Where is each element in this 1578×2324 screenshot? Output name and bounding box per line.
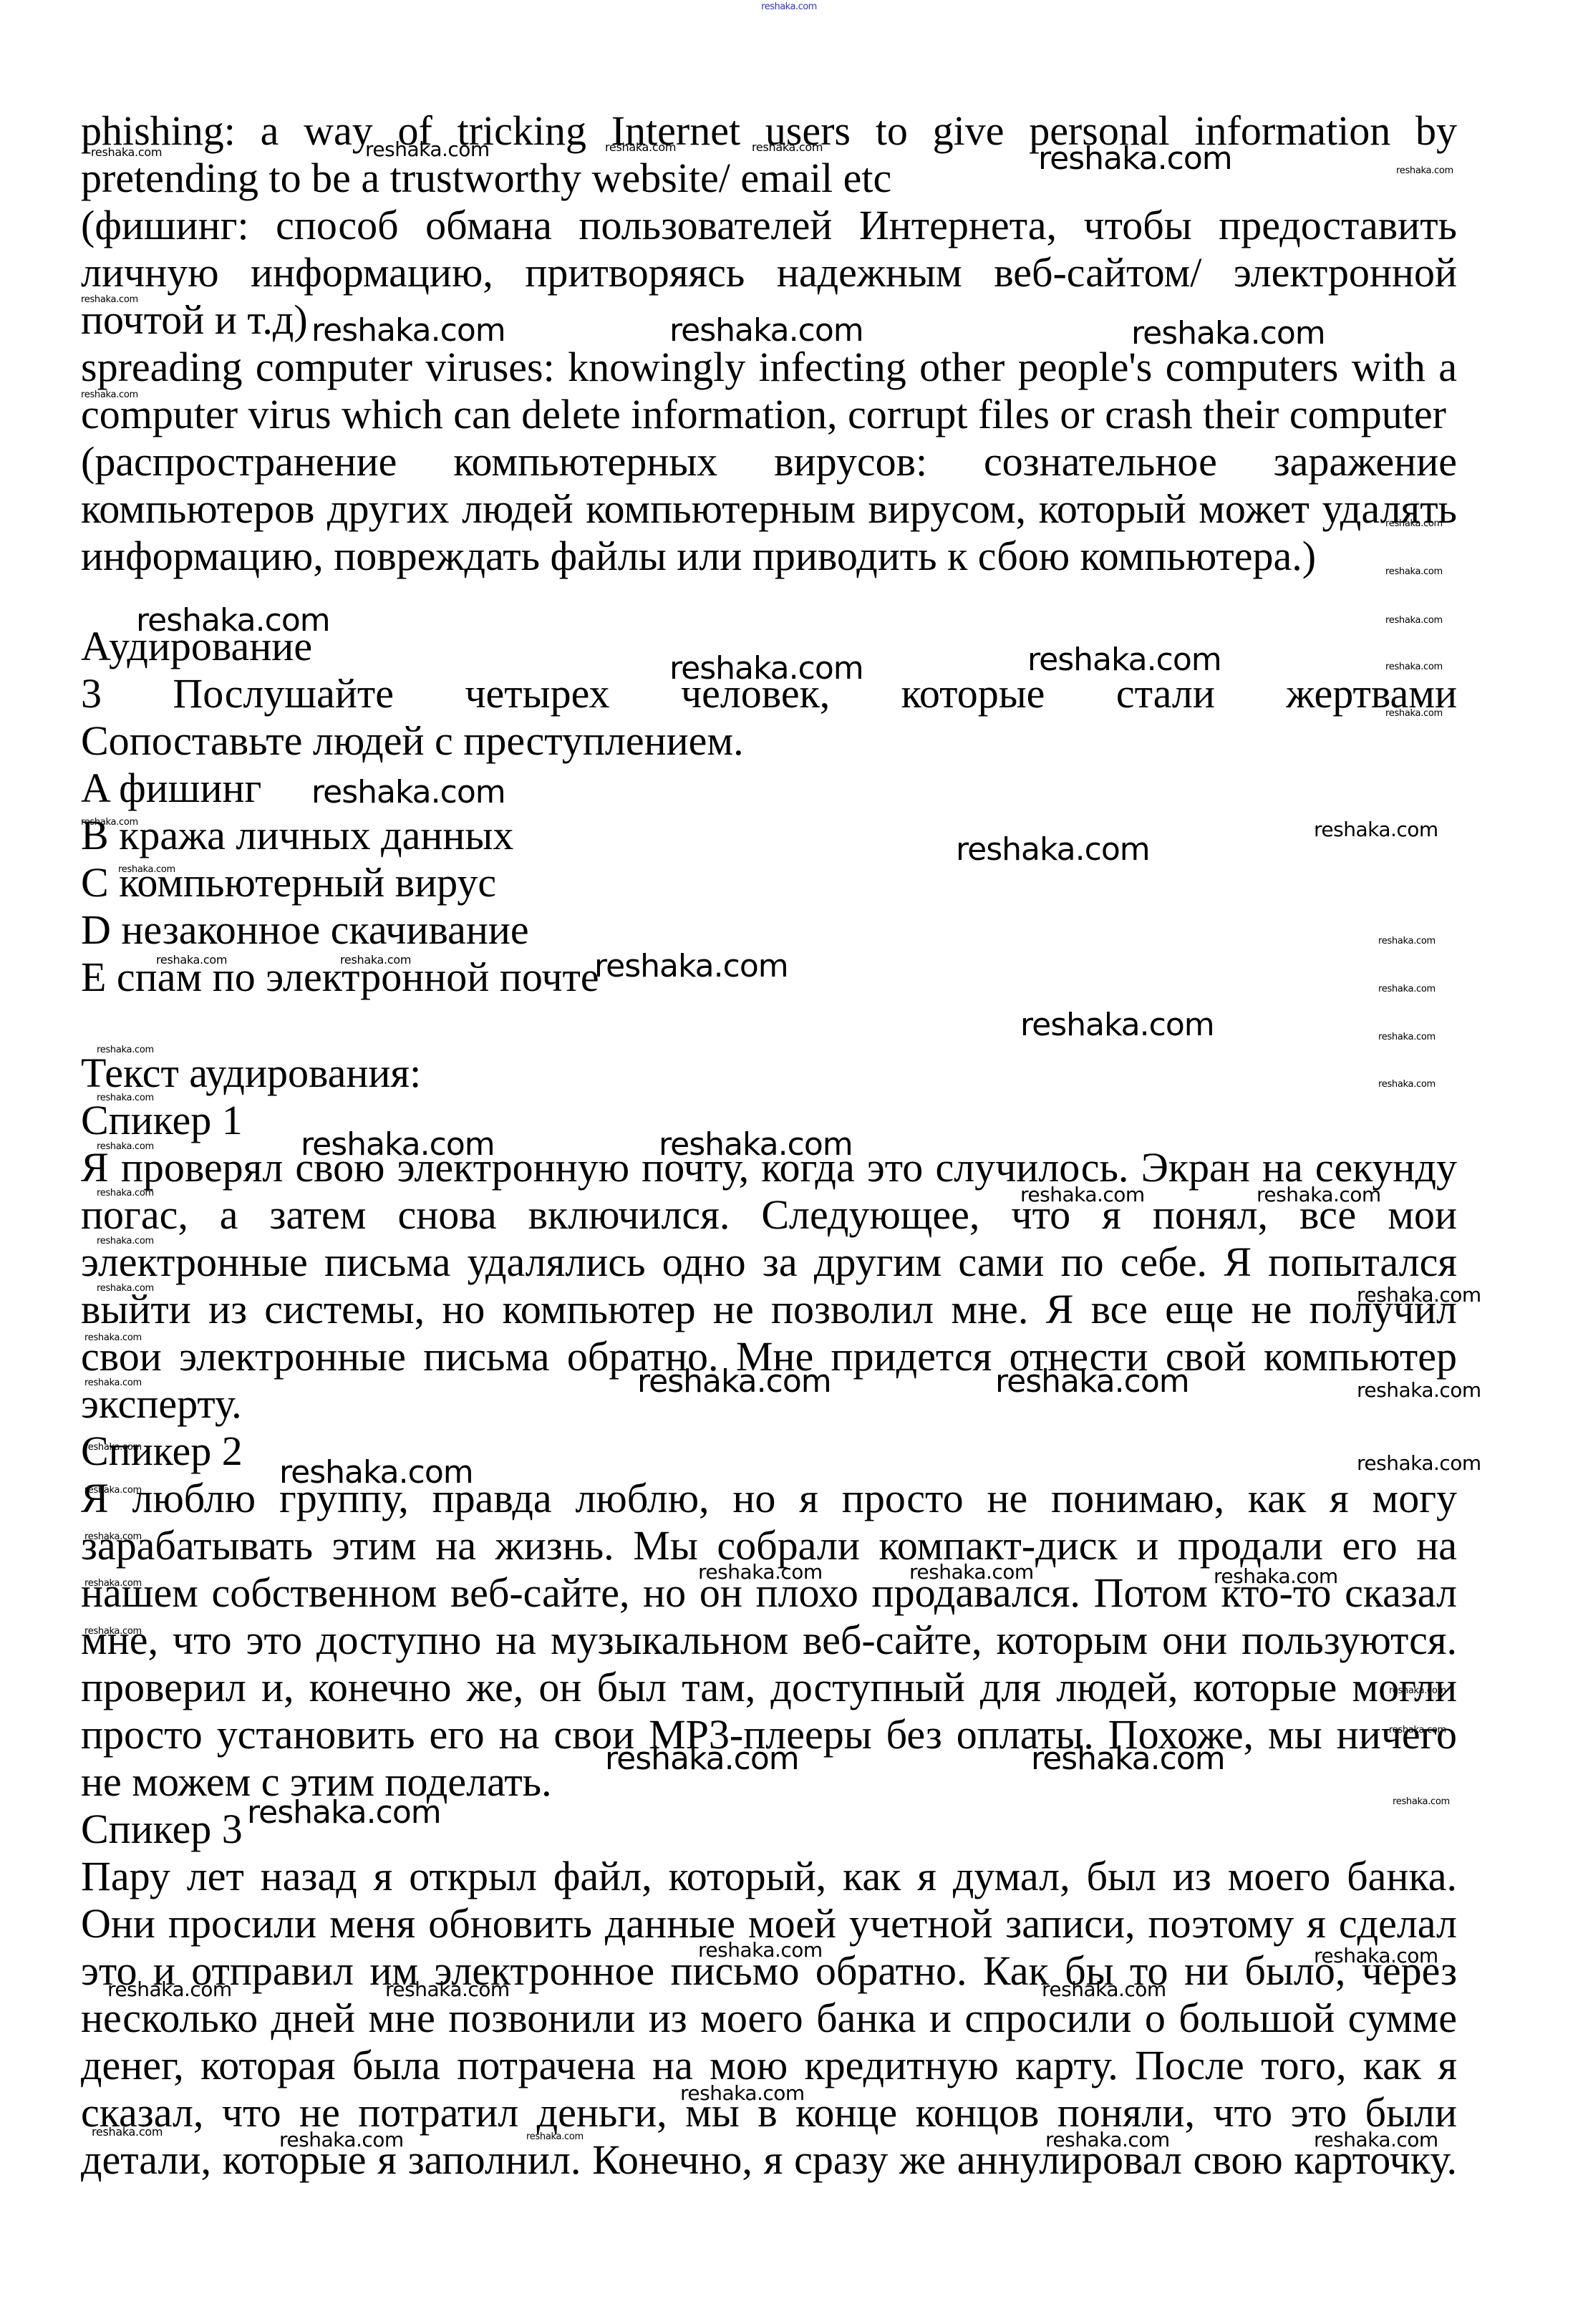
watermark: reshaka.com	[81, 295, 138, 304]
speaker-3-line: Пару лет назад я открыл файл, который, к…	[81, 1853, 1457, 1900]
watermark: reshaka.com	[1357, 1453, 1481, 1473]
watermark: reshaka.com	[1314, 2130, 1438, 2150]
watermark: reshaka.com	[1385, 616, 1443, 625]
watermark: reshaka.com	[956, 834, 1150, 866]
speaker-2-line: проверил и, конечно же, он был там, дост…	[81, 1664, 1457, 1711]
watermark: reshaka.com	[84, 1627, 142, 1636]
watermark: reshaka.com	[97, 1188, 154, 1198]
watermark: reshaka.com	[1314, 820, 1438, 840]
watermark: reshaka.com	[136, 605, 330, 636]
watermark: reshaka.com	[1045, 2130, 1170, 2150]
speaker-3-line: несколько дней мне позвонили из моего ба…	[81, 1995, 1457, 2042]
watermark: reshaka.com	[1357, 1380, 1481, 1400]
watermark: reshaka.com	[1020, 1185, 1145, 1205]
site-link[interactable]: reshaka.com	[0, 1, 1578, 12]
watermark: reshaka.com	[698, 1562, 823, 1582]
watermark: reshaka.com	[84, 1333, 142, 1342]
watermark: reshaka.com	[1389, 1725, 1446, 1735]
watermark: reshaka.com	[605, 1743, 799, 1775]
watermark: reshaka.com	[301, 1129, 495, 1161]
definition-phishing-ru-line-2: личную информацию, притворяясь надежным …	[81, 249, 1457, 296]
watermark: reshaka.com	[1378, 1032, 1436, 1042]
watermark: reshaka.com	[365, 140, 490, 160]
watermark: reshaka.com	[680, 2083, 805, 2103]
watermark: reshaka.com	[526, 2132, 584, 2141]
watermark: reshaka.com	[669, 653, 863, 684]
option-a: A фишинг	[81, 765, 1457, 812]
definition-viruses-ru-line-2: компьютеров других людей компьютерным ви…	[81, 485, 1457, 533]
option-c: C компьютерный вирус	[81, 859, 1457, 906]
watermark: reshaka.com	[340, 954, 411, 966]
watermark: reshaka.com	[118, 865, 175, 874]
watermark: reshaka.com	[84, 1378, 142, 1388]
watermark: reshaka.com	[97, 1045, 154, 1055]
watermark: reshaka.com	[605, 142, 676, 153]
watermark: reshaka.com	[1378, 936, 1436, 946]
watermark: reshaka.com	[84, 1532, 142, 1541]
watermark: reshaka.com	[81, 390, 138, 400]
transcript-title: Текст аудирования:	[81, 1050, 1457, 1097]
watermark: reshaka.com	[97, 1284, 154, 1293]
watermark: reshaka.com	[84, 1443, 142, 1452]
watermark: reshaka.com	[1385, 519, 1443, 528]
watermark: reshaka.com	[995, 1366, 1189, 1398]
definition-phishing-line-2: pretending to be a trustworthy website/ …	[81, 155, 1457, 202]
watermark: reshaka.com	[1378, 984, 1436, 994]
task-line-2: Сопоставьте людей с преступлением.	[81, 717, 1457, 765]
option-b: B кража личных данных	[81, 812, 1457, 859]
watermark: reshaka.com	[97, 1236, 154, 1246]
watermark: reshaka.com	[659, 1129, 853, 1161]
watermark: reshaka.com	[1396, 166, 1453, 175]
watermark: reshaka.com	[84, 1486, 142, 1495]
speaker-1-line: выйти из системы, но компьютер не позвол…	[81, 1286, 1457, 1333]
definition-phishing-ru-line-1: (фишинг: способ обмана пользователей Инт…	[81, 202, 1457, 249]
speaker-1-line: погас, а затем снова включился. Следующе…	[81, 1191, 1457, 1239]
watermark: reshaka.com	[279, 1457, 473, 1488]
watermark: reshaka.com	[1131, 318, 1325, 349]
watermark: reshaka.com	[1357, 1285, 1481, 1305]
watermark: reshaka.com	[156, 954, 227, 966]
watermark: reshaka.com	[91, 147, 162, 158]
watermark: reshaka.com	[909, 1562, 1034, 1582]
speaker-1-line: электронные письма удалялись одно за дру…	[81, 1239, 1457, 1286]
watermark: reshaka.com	[752, 142, 823, 153]
watermark: reshaka.com	[97, 1142, 154, 1151]
watermark: reshaka.com	[107, 1980, 232, 2000]
watermark: reshaka.com	[669, 315, 863, 347]
watermark: reshaka.com	[81, 818, 138, 827]
definition-viruses-ru-line-1: (распространение компьютерных вирусов: с…	[81, 438, 1457, 485]
watermark: reshaka.com	[1385, 662, 1443, 672]
watermark: reshaka.com	[1314, 1946, 1438, 1966]
definition-viruses-line-2: computer virus which can delete informat…	[81, 391, 1457, 438]
watermark: reshaka.com	[1038, 143, 1232, 175]
watermark: reshaka.com	[637, 1366, 831, 1398]
watermark: reshaka.com	[594, 951, 788, 982]
watermark: reshaka.com	[311, 777, 505, 808]
watermark: reshaka.com	[1020, 1010, 1214, 1041]
watermark: reshaka.com	[1389, 1686, 1446, 1695]
watermark: reshaka.com	[1257, 1185, 1381, 1205]
watermark: reshaka.com	[311, 315, 505, 347]
document-page: reshaka.com phishing: a way of tricking …	[0, 0, 1578, 2324]
watermark: reshaka.com	[84, 1579, 142, 1588]
watermark: reshaka.com	[1027, 644, 1221, 676]
watermark: reshaka.com	[698, 1940, 823, 1960]
watermark: reshaka.com	[1378, 1080, 1436, 1089]
watermark: reshaka.com	[92, 2126, 163, 2138]
watermark: reshaka.com	[97, 1093, 154, 1103]
watermark: reshaka.com	[385, 1980, 510, 2000]
option-d: D незаконное скачивание	[81, 906, 1457, 954]
watermark: reshaka.com	[1042, 1980, 1166, 2000]
watermark: reshaka.com	[1385, 709, 1443, 718]
watermark: reshaka.com	[1393, 1797, 1450, 1806]
watermark: reshaka.com	[1214, 1567, 1338, 1587]
watermark: reshaka.com	[1031, 1743, 1225, 1775]
watermark: reshaka.com	[279, 2130, 404, 2150]
watermark: reshaka.com	[247, 1797, 441, 1829]
watermark: reshaka.com	[1385, 567, 1443, 576]
definition-viruses-ru-line-3: информацию, повреждать файлы или приводи…	[81, 533, 1457, 580]
speaker-2-line: мне, что это доступно на музыкальном веб…	[81, 1617, 1457, 1664]
